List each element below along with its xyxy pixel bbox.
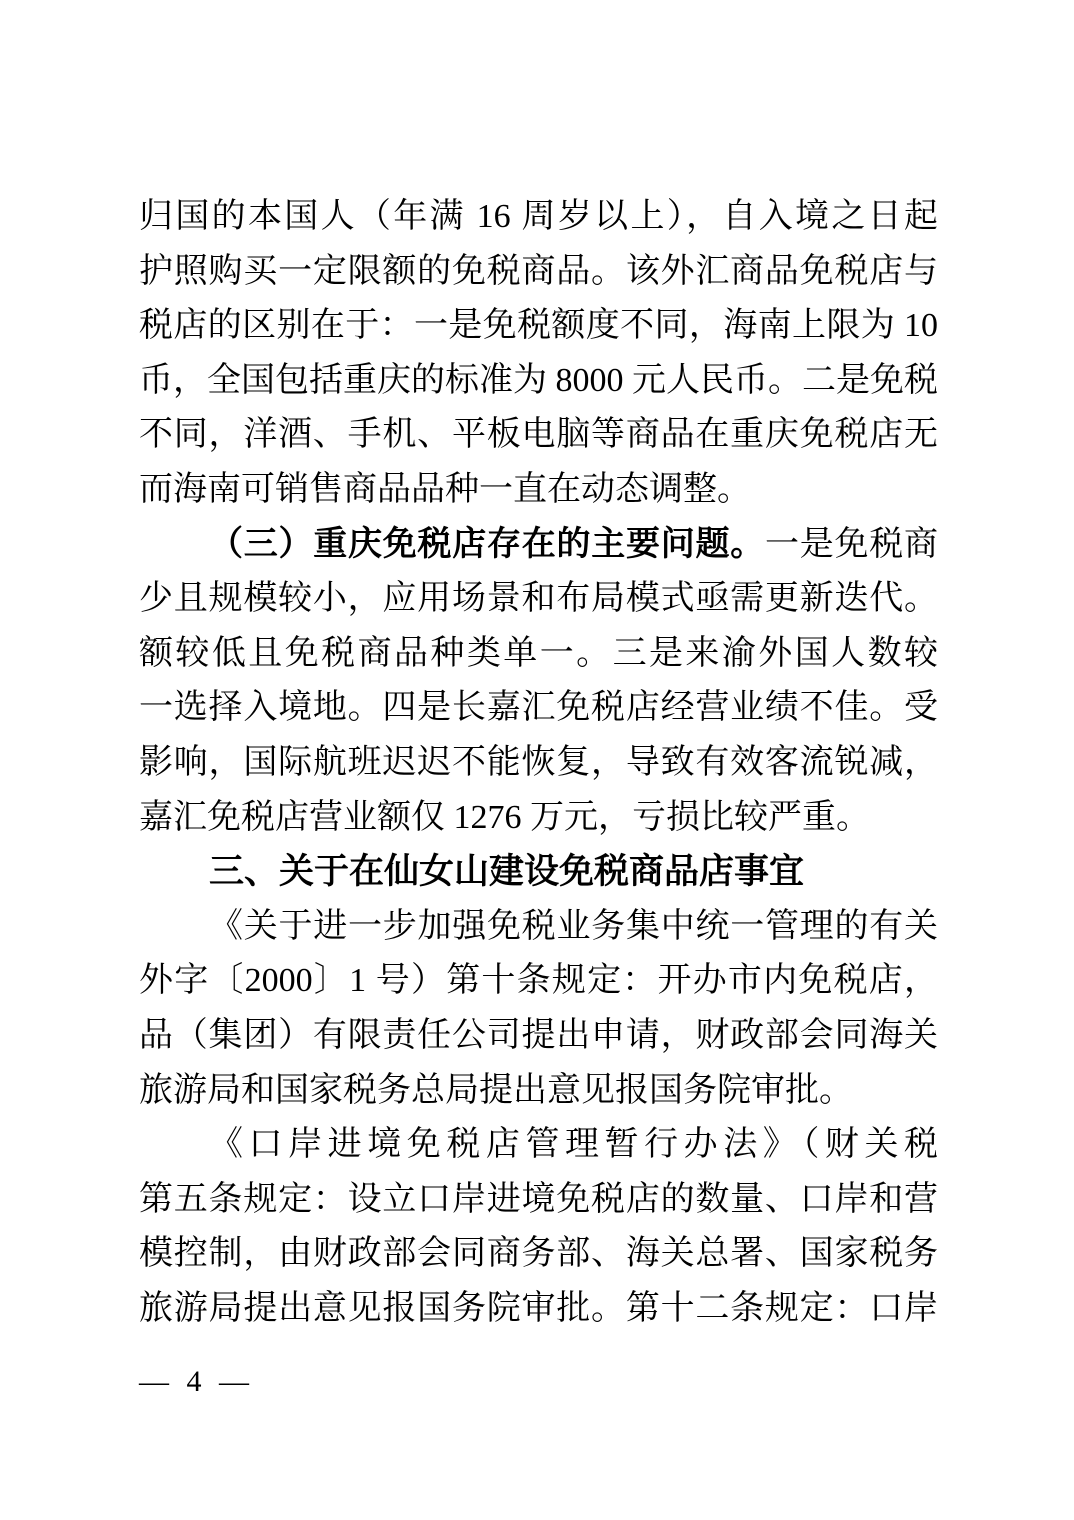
- text-line: 一选择入境地。四是长嘉汇免税店经营业绩不佳。受国内外疫情: [139, 681, 938, 736]
- text-block: 归国的本国人（年满 16 周岁以上），自入境之日起 180 天内可凭 护照购买一…: [139, 190, 938, 1336]
- text-line: 品（集团）有限责任公司提出申请，财政部会同海关总署、国家: [139, 1009, 938, 1064]
- text-line: 外字〔2000〕1 号）第十条规定：开办市内免税店，由中国免税: [139, 954, 938, 1009]
- document-page: 归国的本国人（年满 16 周岁以上），自入境之日起 180 天内可凭 护照购买一…: [0, 0, 1074, 1520]
- text-line: 币，全国包括重庆的标准为 8000 元人民币。二是免税商品种类: [139, 354, 938, 409]
- text-line: 额较低且免税商品种类单一。三是来渝外国人数较少，重庆非第: [139, 627, 938, 682]
- text-line: 旅游局提出意见报国务院审批。第十二条规定：口岸进境免税店: [139, 1282, 938, 1337]
- text-line: 影响，国际航班迟迟不能恢复，导致有效客流锐减，2021 年长: [139, 736, 938, 791]
- text-line: 模控制，由财政部会同商务部、海关总署、国家税务总局和国家: [139, 1227, 938, 1282]
- text-line: 嘉汇免税店营业额仅 1276 万元，亏损比较严重。: [139, 791, 938, 846]
- text-line: 《口岸进境免税店管理暂行办法》（财关税〔2016〕8 号）: [139, 1118, 938, 1173]
- page-number: — 4 —: [139, 1362, 251, 1402]
- text-line: 不同，洋酒、手机、平板电脑等商品在重庆免税店无法进行销售，: [139, 408, 938, 463]
- bold-run-in-heading: （三）重庆免税店存在的主要问题。: [209, 526, 765, 563]
- text-line: 第五条规定：设立口岸进境免税店的数量、口岸和营业场所的规: [139, 1173, 938, 1228]
- text-line: 旅游局和国家税务总局提出意见报国务院审批。: [139, 1064, 938, 1119]
- section-heading: 三、关于在仙女山建设免税商品店事宜: [139, 845, 938, 900]
- text-line: 税店的区别在于：一是免税额度不同，海南上限为 10 万元人民: [139, 299, 938, 354]
- text-line: 《关于进一步加强免税业务集中统一管理的有关规定》（财: [139, 900, 938, 955]
- text-line: 而海南可销售商品品种一直在动态调整。: [139, 463, 938, 518]
- text-line: 归国的本国人（年满 16 周岁以上），自入境之日起 180 天内可凭: [139, 190, 938, 245]
- text-line: 护照购买一定限额的免税商品。该外汇商品免税店与海南离岛免: [139, 245, 938, 300]
- text-line: 少且规模较小，应用场景和布局模式亟需更新迭代。二是免税限: [139, 572, 938, 627]
- text-line: （三）重庆免税店存在的主要问题。一是免税商店总体数量: [139, 518, 938, 573]
